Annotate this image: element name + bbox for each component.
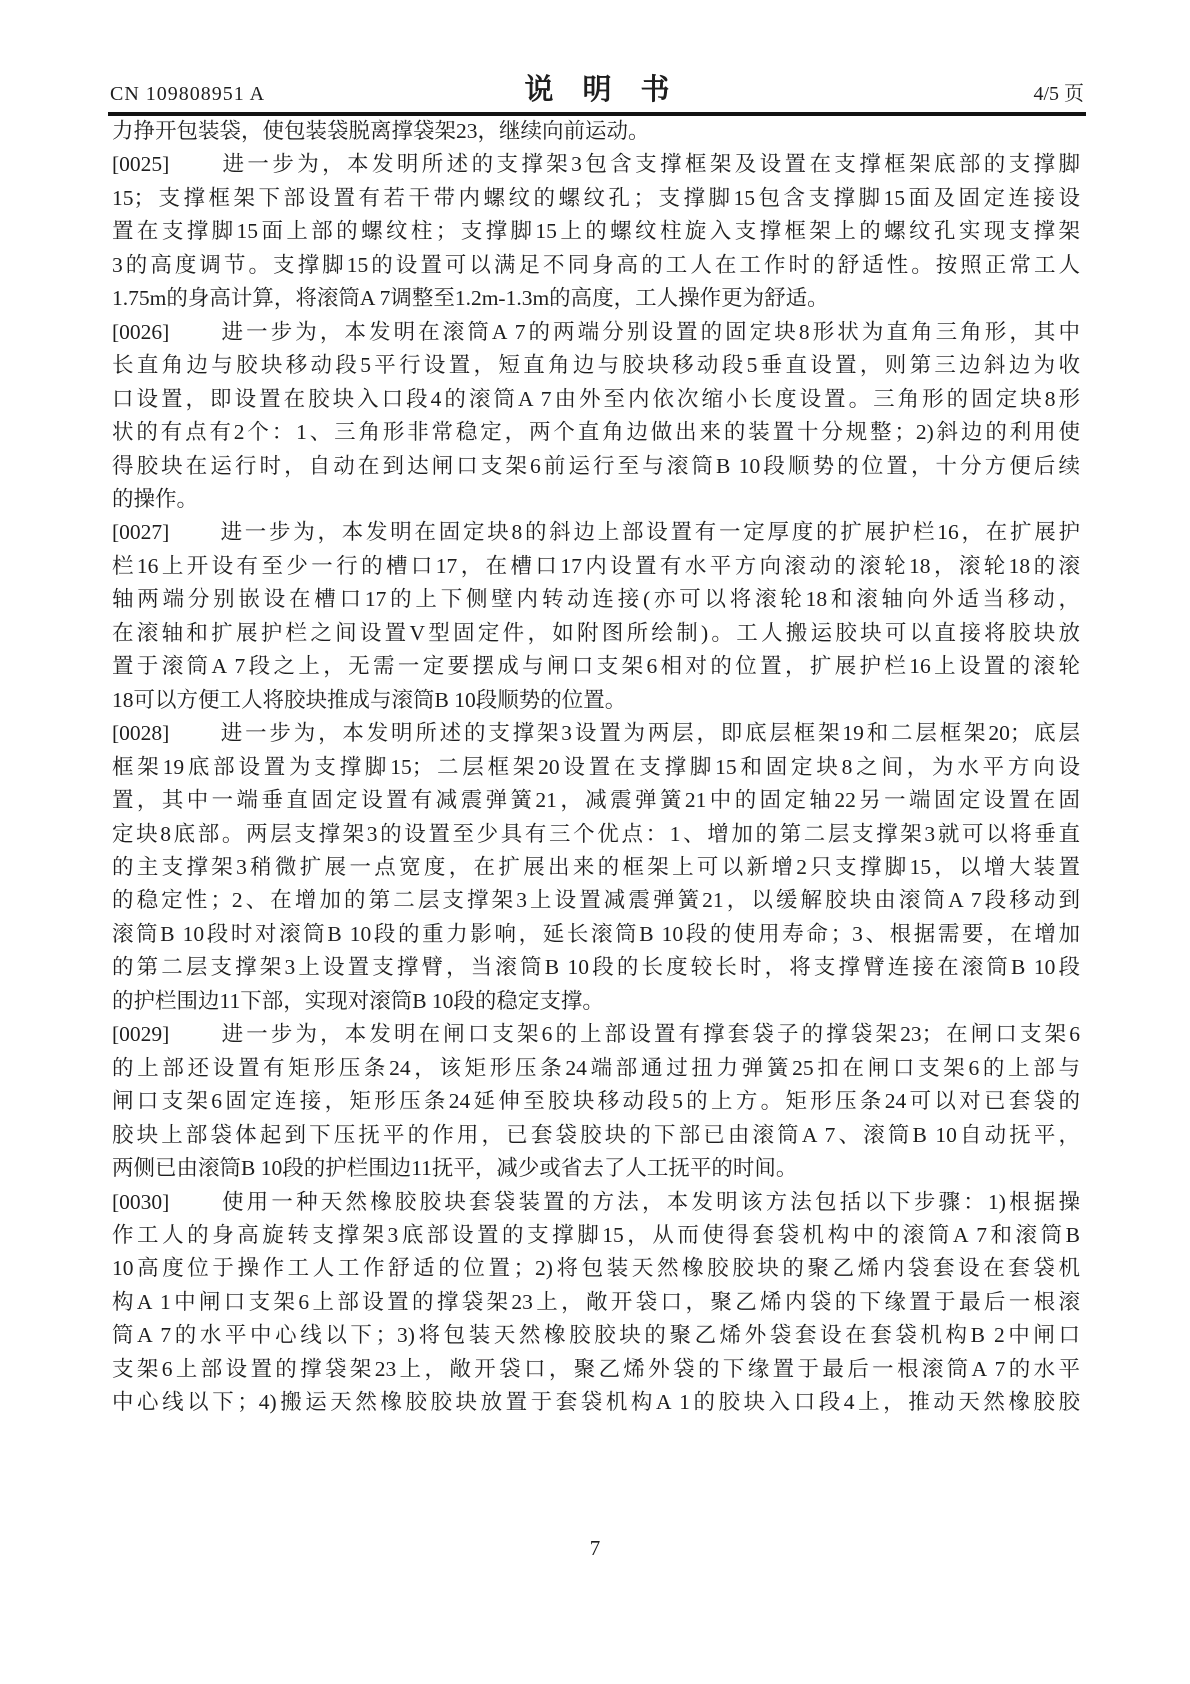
body-line: 15；支撑框架下部设置有若干带内螺纹的螺纹孔；支撑脚15包含支撑脚15面及固定连…: [112, 182, 1080, 215]
body-line: 的上部还设置有矩形压条24，该矩形压条24端部通过扭力弹簧25扣在闸口支架6的上…: [112, 1052, 1080, 1085]
body-line: 作工人的身高旋转支撑架3底部设置的支撑脚15，从而使得套袋机构中的滚筒A 7和滚…: [112, 1219, 1080, 1252]
body-line: 1.75m的身高计算，将滚筒A 7调整至1.2m-1.3m的高度，工人操作更为舒…: [112, 282, 1080, 315]
body-line: 的第二层支撑架3上设置支撑臂，当滚筒B 10段的长度较长时，将支撑臂连接在滚筒B…: [112, 951, 1080, 984]
body-line: 筒A 7的水平中心线以下；3)将包装天然橡胶胶块的聚乙烯外袋套设在套袋机构B 2…: [112, 1319, 1080, 1352]
body-line: [0026] 进一步为，本发明在滚筒A 7的两端分别设置的固定块8形状为直角三角…: [112, 316, 1080, 349]
body-line: [0029] 进一步为，本发明在闸口支架6的上部设置有撑套袋子的撑袋架23；在闸…: [112, 1018, 1080, 1051]
body-line: 定块8底部。两层支撑架3的设置至少具有三个优点：1、增加的第二层支撑架3就可以将…: [112, 818, 1080, 851]
body-line: 18可以方便工人将胶块推成与滚筒B 10段顺势的位置。: [112, 684, 1080, 717]
page-header: CN 109808951 A 说 明 书 4/5 页: [110, 68, 1084, 106]
body-line: 框架19底部设置为支撑脚15；二层框架20设置在支撑脚15和固定块8之间，为水平…: [112, 751, 1080, 784]
body-line: 长直角边与胶块移动段5平行设置，短直角边与胶块移动段5垂直设置，则第三边斜边为收: [112, 349, 1080, 382]
body-line: 栏16上开设有至少一行的槽口17，在槽口17内设置有水平方向滚动的滚轮18，滚轮…: [112, 550, 1080, 583]
body-line: [0027] 进一步为，本发明在固定块8的斜边上部设置有一定厚度的扩展护栏16，…: [112, 516, 1080, 549]
body-line: 力挣开包装袋，使包装袋脱离撑袋架23，继续向前运动。: [112, 115, 1080, 148]
body-line: 10高度位于操作工人工作舒适的位置；2)将包装天然橡胶胶块的聚乙烯内袋套设在套袋…: [112, 1252, 1080, 1285]
body-line: 支架6上部设置的撑袋架23上，敞开袋口，聚乙烯外袋的下缘置于最后一根滚筒A 7的…: [112, 1353, 1080, 1386]
body-line: 的稳定性；2、在增加的第二层支撑架3上设置减震弹簧21，以缓解胶块由滚筒A 7段…: [112, 884, 1080, 917]
body-line: 状的有点有2个：1、三角形非常稳定，两个直角边做出来的装置十分规整；2)斜边的利…: [112, 416, 1080, 449]
body-line: 口设置，即设置在胶块入口段4的滚筒A 7由外至内依次缩小长度设置。三角形的固定块…: [112, 383, 1080, 416]
body-line: 得胶块在运行时，自动在到达闸口支架6前运行至与滚筒B 10段顺势的位置，十分方便…: [112, 450, 1080, 483]
body-line: 置在支撑脚15面上部的螺纹柱；支撑脚15上的螺纹柱旋入支撑框架上的螺纹孔实现支撑…: [112, 215, 1080, 248]
body-line: 构A 1中闸口支架6上部设置的撑袋架23上，敞开袋口，聚乙烯内袋的下缘置于最后一…: [112, 1286, 1080, 1319]
patent-number: CN 109808951 A: [110, 83, 265, 106]
body-line: 的护栏围边11下部，实现对滚筒B 10段的稳定支撑。: [112, 985, 1080, 1018]
page-indicator: 4/5 页: [1033, 77, 1084, 106]
body-line: 置，其中一端垂直固定设置有减震弹簧21，减震弹簧21中的固定轴22另一端固定设置…: [112, 784, 1080, 817]
body-line: 闸口支架6固定连接，矩形压条24延伸至胶块移动段5的上方。矩形压条24可以对已套…: [112, 1085, 1080, 1118]
body-line: 的操作。: [112, 483, 1080, 516]
page-footer: 7: [0, 1536, 1190, 1561]
body-line: 滚筒B 10段时对滚筒B 10段的重力影响，延长滚筒B 10段的使用寿命；3、根…: [112, 918, 1080, 951]
body-line: [0030] 使用一种天然橡胶胶块套袋装置的方法，本发明该方法包括以下步骤：1)…: [112, 1186, 1080, 1219]
body-line: 两侧已由滚筒B 10段的护栏围边11抚平，减少或省去了人工抚平的时间。: [112, 1152, 1080, 1185]
specification-body: 力挣开包装袋，使包装袋脱离撑袋架23，继续向前运动。 [0025] 进一步为，本…: [112, 115, 1080, 1420]
body-line: 胶块上部袋体起到下压抚平的作用，已套袋胶块的下部已由滚筒A 7、滚筒B 10自动…: [112, 1119, 1080, 1152]
body-line: 的主支撑架3稍微扩展一点宽度，在扩展出来的框架上可以新增2只支撑脚15，以增大装…: [112, 851, 1080, 884]
body-line: 3的高度调节。支撑脚15的设置可以满足不同身高的工人在工作时的舒适性。按照正常工…: [112, 249, 1080, 282]
body-line: 中心线以下；4)搬运天然橡胶胶块放置于套袋机构A 1的胶块入口段4上，推动天然橡…: [112, 1386, 1080, 1419]
body-line: [0025] 进一步为，本发明所述的支撑架3包含支撑框架及设置在支撑框架底部的支…: [112, 148, 1080, 181]
body-line: 轴两端分别嵌设在槽口17的上下侧壁内转动连接(亦可以将滚轮18和滚轴向外适当移动…: [112, 583, 1080, 616]
page-number: 7: [590, 1536, 601, 1560]
patent-specification-page: CN 109808951 A 说 明 书 4/5 页 力挣开包装袋，使包装袋脱离…: [0, 0, 1190, 1684]
body-line: [0028] 进一步为，本发明所述的支撑架3设置为两层，即底层框架19和二层框架…: [112, 717, 1080, 750]
body-line: 置于滚筒A 7段之上，无需一定要摆成与闸口支架6相对的位置，扩展护栏16上设置的…: [112, 650, 1080, 683]
body-line: 在滚轴和扩展护栏之间设置V型固定件，如附图所绘制)。工人搬运胶块可以直接将胶块放: [112, 617, 1080, 650]
